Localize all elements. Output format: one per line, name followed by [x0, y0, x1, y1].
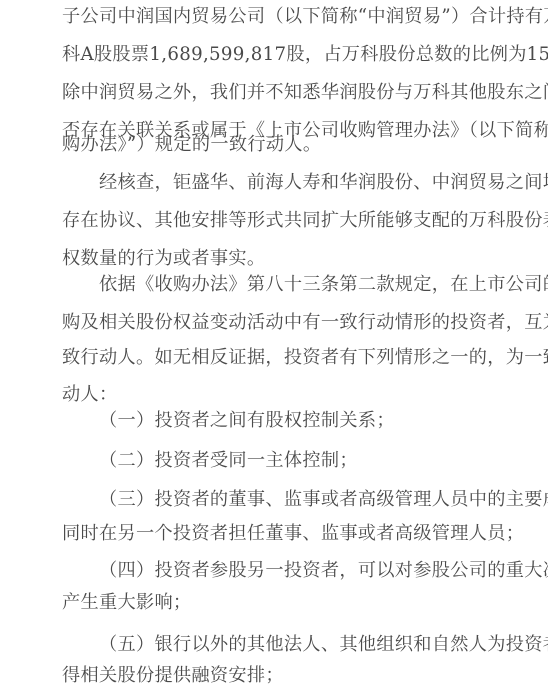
list-item-1: （一）投资者之间有股权控制关系； [99, 409, 482, 433]
paragraph-3-line-3: 致行动人。如无相反证据，投资者有下列情形之一的，为一致行 [62, 346, 482, 370]
paragraph-1-line-2: 科A股股票1,689,599,817股，占万科股份总数的比例为15.29%。 [62, 43, 482, 67]
paragraph-2-line-3: 权数量的行为或者事实。 [62, 247, 482, 271]
paragraph-1-line-1: 子公司中润国内贸易公司（以下简称“中润贸易”）合计持有万 [62, 5, 482, 29]
paragraph-2-line-2: 存在协议、其他安排等形式共同扩大所能够支配的万科股份表决 [62, 209, 482, 233]
list-item-5-line-1: （五）银行以外的其他法人、其他组织和自然人为投资者取 [99, 633, 482, 657]
paragraph-1-line-3: 除中润贸易之外，我们并不知悉华润股份与万科其他股东之间是 [62, 81, 482, 105]
list-item-2: （二）投资者受同一主体控制； [99, 449, 482, 473]
paragraph-1-line-5: 购办法》”）规定的一致行动人。 [62, 133, 482, 157]
document-page: 子公司中润国内贸易公司（以下简称“中润贸易”）合计持有万 科A股股票1,689,… [0, 0, 548, 699]
paragraph-3-line-2: 购及相关股份权益变动活动中有一致行动情形的投资者，互为一 [62, 311, 482, 335]
paragraph-2-line-1: 经核查，钜盛华、前海人寿和华润股份、中润贸易之间均不 [99, 171, 482, 195]
list-item-3-line-1: （三）投资者的董事、监事或者高级管理人员中的主要成员， [99, 488, 482, 512]
list-item-5-line-2: 得相关股份提供融资安排； [62, 664, 482, 688]
list-item-4-line-1: （四）投资者参股另一投资者，可以对参股公司的重大决策 [99, 559, 482, 583]
list-item-3-line-2: 同时在另一个投资者担任董事、监事或者高级管理人员； [62, 522, 482, 546]
paragraph-3-line-4: 动人： [62, 383, 482, 407]
list-item-4-line-2: 产生重大影响； [62, 591, 482, 615]
paragraph-3-line-1: 依据《收购办法》第八十三条第二款规定，在上市公司的收 [99, 273, 482, 297]
